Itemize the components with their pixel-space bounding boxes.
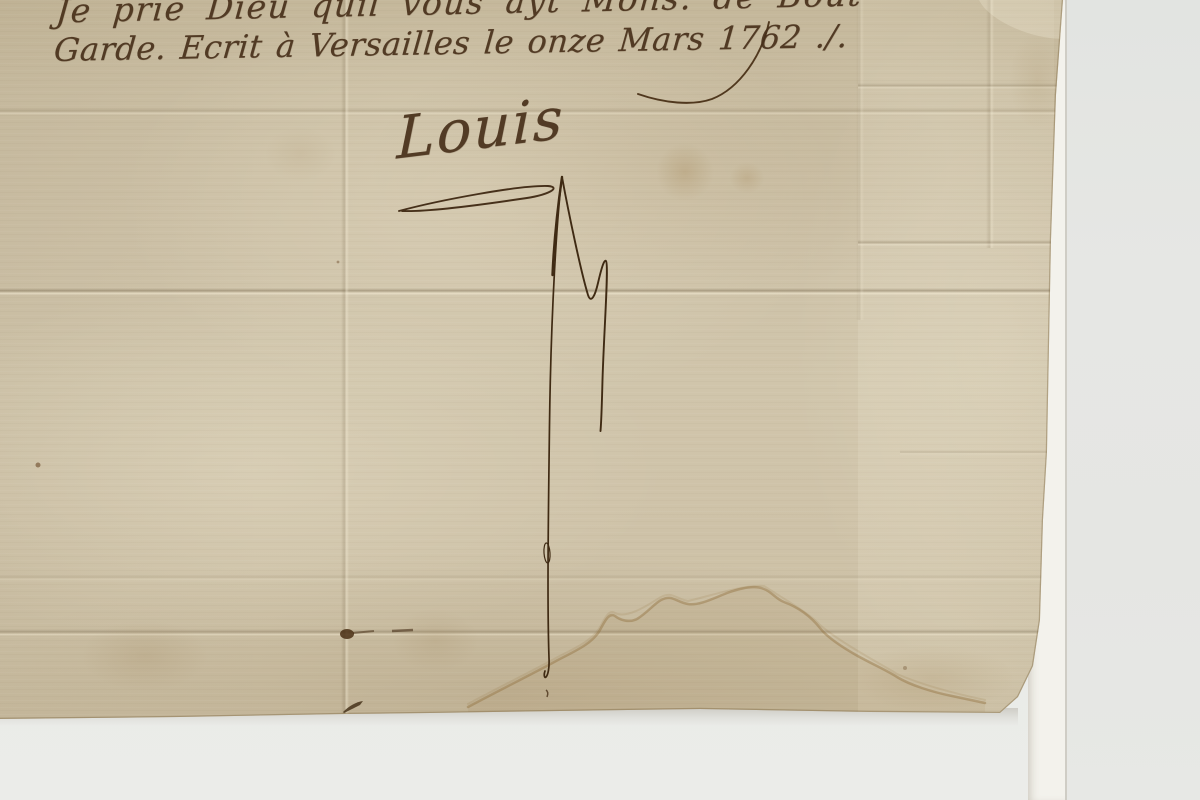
right-panel-tone: [858, 0, 1054, 720]
manuscript-page: Je prie Dieu quil vous ayt Mons. de Bout…: [0, 0, 1200, 800]
mat-seam-line: [1065, 0, 1067, 800]
photo-stage: Je prie Dieu quil vous ayt Mons. de Bout…: [0, 0, 1200, 800]
mat-board-right: [1067, 0, 1200, 800]
